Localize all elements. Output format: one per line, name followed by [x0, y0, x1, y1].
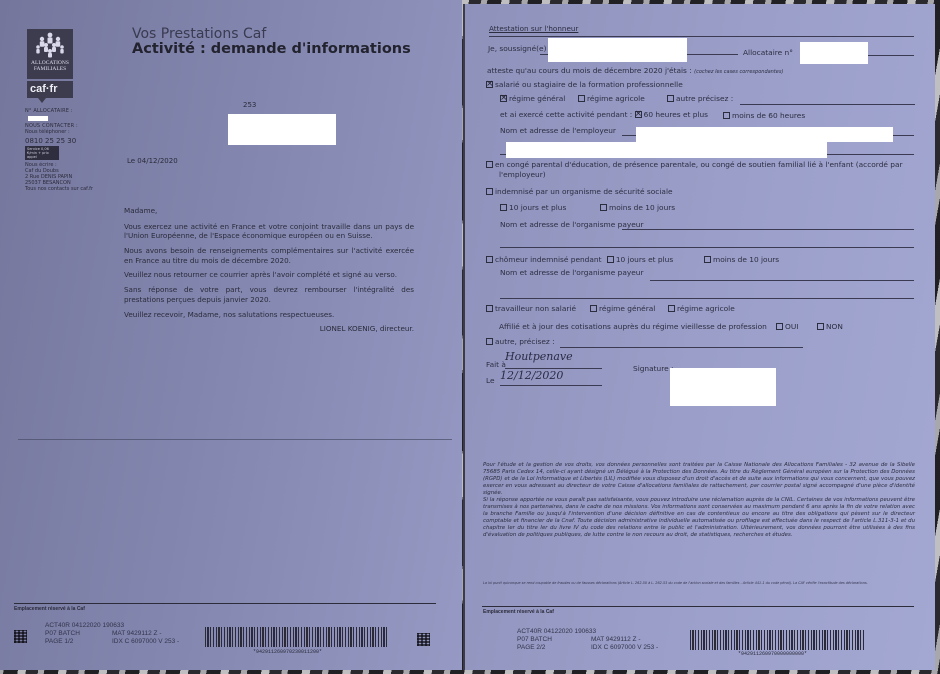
- option-salarie[interactable]: salarié ou stagiaire de la formation pro…: [486, 80, 683, 89]
- chomeur-payeur-field-1[interactable]: [650, 280, 914, 281]
- letter-date: Le 04/12/2020: [127, 157, 178, 165]
- option-chomeur[interactable]: chômeur indemnisé pendant 10 jours et pl…: [486, 255, 673, 264]
- checkbox-moins-60-heures[interactable]: [723, 112, 730, 119]
- checkbox-regime-general[interactable]: [500, 95, 507, 102]
- oui-label: OUI: [785, 322, 798, 331]
- redacted-allocataire-number: [800, 42, 868, 64]
- option-regime-general[interactable]: régime général: [500, 94, 565, 103]
- redacted-signature: [670, 368, 776, 406]
- idx-line: IDX C 6097000 V 253 -: [112, 638, 179, 646]
- checkbox-indemnise-moins-10[interactable]: [600, 204, 607, 211]
- director-signature: LIONEL KOENIG, directeur.: [124, 324, 414, 334]
- option-indemnise-moins-10[interactable]: moins de 10 jours: [600, 203, 675, 212]
- matricule-info: MAT 9429112 Z - IDX C 6097000 V 253 -: [112, 630, 179, 646]
- regime-general-label: régime général: [509, 94, 565, 103]
- option-chomeur-moins-10[interactable]: moins de 10 jours: [704, 255, 779, 264]
- 60-heures-plus-label: 60 heures et plus: [644, 110, 708, 119]
- option-ns-regime-agricole[interactable]: régime agricole: [668, 304, 735, 313]
- legal-paragraph: Si la réponse apportée ne vous paraît pa…: [483, 497, 915, 539]
- letter-paragraph: Veuillez nous retourner ce courrier aprè…: [124, 270, 414, 280]
- checkbox-chomeur-10-plus[interactable]: [607, 256, 614, 263]
- chomeur-payeur-label: Nom et adresse de l'organisme payeur: [500, 268, 644, 277]
- non-label: NON: [826, 322, 843, 331]
- conge-label-cont: l'employeur): [486, 170, 546, 179]
- contacts-line: Tous nos contacts sur caf.fr: [25, 186, 105, 192]
- moins-60-heures-label: moins de 60 heures: [732, 111, 805, 120]
- page-number: PAGE 2/2: [517, 644, 596, 652]
- caf-reserved-label: Emplacement réservé à la Caf: [14, 606, 85, 612]
- legal-paragraph: Pour l'étude et la gestion de vos droits…: [483, 462, 915, 497]
- checkbox-oui[interactable]: [776, 323, 783, 330]
- duration-row: et ai exercé cette activité pendant : 60…: [500, 110, 708, 119]
- mat-line: MAT 9429112 Z -: [112, 630, 179, 638]
- duration-text: et ai exercé cette activité pendant :: [500, 110, 632, 119]
- redacted-employer-line-1: [636, 127, 893, 142]
- fraud-warning: La loi punit quiconque se rend coupable …: [483, 581, 913, 586]
- redacted-recipient-address: [228, 114, 336, 145]
- checkbox-indemnise[interactable]: [486, 188, 493, 195]
- autre-field-line[interactable]: [560, 347, 803, 348]
- non-salarie-label: travailleur non salarié: [495, 304, 576, 313]
- signature-label: Signature :: [633, 364, 674, 373]
- checkbox-ns-regime-general[interactable]: [590, 305, 597, 312]
- fait-a-handwritten[interactable]: Houtpenave: [505, 350, 573, 363]
- letter-paragraph: Nous avons besoin de renseignements comp…: [124, 246, 414, 265]
- option-ns-regime-general[interactable]: régime général: [590, 304, 655, 313]
- barcode-number: *942911260970230011200*: [253, 649, 322, 655]
- caf-reserved-label-2: Emplacement réservé à la Caf: [483, 609, 554, 615]
- le-label: Le: [486, 376, 495, 385]
- batch-line-1: ACT40R 04122020 190633: [45, 622, 124, 630]
- autre-regime-field-line[interactable]: [740, 104, 915, 105]
- atteste-statement: atteste qu'au cours du mois de décembre …: [487, 66, 692, 75]
- checkbox-60-heures-plus[interactable]: [635, 111, 642, 118]
- phone-price-badge: Service 0,06 €/min + prix appel: [25, 146, 59, 160]
- indemnise-payeur-field-2[interactable]: [500, 247, 914, 248]
- option-non-salarie[interactable]: travailleur non salarié: [486, 304, 576, 313]
- salutation: Madame,: [124, 206, 414, 216]
- conge-label: en congé parental d'éducation, de présen…: [495, 160, 903, 169]
- batch-line-1: ACT40R 04122020 190633: [517, 628, 596, 636]
- phone-number: 0810 25 25 30: [25, 137, 105, 146]
- mat-line: MAT 9429112 Z -: [591, 636, 658, 644]
- speech-bubble-tail-icon: [38, 98, 46, 103]
- option-indemnise-10-plus[interactable]: 10 jours et plus: [500, 203, 566, 212]
- letter-paragraph: Sans réponse de votre part, vous devrez …: [124, 285, 414, 304]
- checkbox-indemnise-10-plus[interactable]: [500, 204, 507, 211]
- logo-org-line2: FAMILIALES: [27, 66, 73, 72]
- ns-regime-general-label: régime général: [599, 304, 655, 313]
- checkbox-conge-parental[interactable]: [486, 161, 493, 168]
- chomeur-label: chômeur indemnisé pendant: [495, 255, 601, 264]
- caf-fr-badge: caf·fr: [27, 81, 73, 98]
- chomeur-moins-10-label: moins de 10 jours: [713, 255, 779, 264]
- option-conge-parental[interactable]: en congé parental d'éducation, de présen…: [486, 160, 916, 179]
- checkbox-non-salarie[interactable]: [486, 305, 493, 312]
- barcode-icon: [205, 627, 388, 647]
- option-moins-60-heures[interactable]: moins de 60 heures: [723, 111, 805, 120]
- caf-area-divider-2: [482, 606, 914, 607]
- checkbox-autre-regime[interactable]: [667, 95, 674, 102]
- document-title: Activité : demande d'informations: [132, 41, 411, 57]
- phone-label: Nous téléphoner :: [25, 129, 105, 135]
- batch-line-2: P07 BATCH: [517, 636, 596, 644]
- regime-agricole-label: régime agricole: [587, 94, 645, 103]
- checkbox-ns-regime-agricole[interactable]: [668, 305, 675, 312]
- redacted-name: [548, 38, 687, 62]
- employer-label: Nom et adresse de l'employeur: [500, 126, 616, 135]
- batch-info-2: ACT40R 04122020 190633 P07 BATCH PAGE 2/…: [517, 628, 596, 652]
- option-non[interactable]: NON: [817, 322, 843, 331]
- ns-regime-agricole-label: régime agricole: [677, 304, 735, 313]
- autre-label: autre, précisez :: [495, 337, 555, 346]
- checkbox-non[interactable]: [817, 323, 824, 330]
- salarie-label: salarié ou stagiaire de la formation pro…: [495, 80, 683, 89]
- document-subtitle: Vos Prestations Caf: [132, 26, 266, 42]
- date-field-line[interactable]: [500, 385, 602, 386]
- redacted-employer-line-2: [506, 142, 827, 158]
- title-rule: [489, 36, 914, 37]
- indemnise-payeur-label: Nom et adresse de l'organisme payeur: [500, 220, 644, 229]
- checkbox-chomeur-moins-10[interactable]: [704, 256, 711, 263]
- atteste-hint: (cochez les cases correspondantes): [694, 69, 783, 75]
- option-autre-regime[interactable]: autre précisez :: [667, 94, 733, 103]
- indemnise-10-plus-label: 10 jours et plus: [509, 203, 566, 212]
- autre-regime-label: autre précisez :: [676, 94, 733, 103]
- atteste-text: atteste qu'au cours du mois de décembre …: [487, 66, 783, 75]
- date-handwritten[interactable]: 12/12/2020: [500, 369, 563, 382]
- letter-body: Madame, Vous exercez une activité en Fra…: [124, 206, 414, 339]
- idx-line: IDX C 6097000 V 253 -: [591, 644, 658, 652]
- caf-area-divider: [14, 603, 436, 604]
- redacted-allocataire: [28, 116, 48, 121]
- option-indemnise[interactable]: indemnisé par un organisme de sécurité s…: [486, 187, 673, 196]
- letter-paragraph: Veuillez recevoir, Madame, nos salutatio…: [124, 310, 414, 320]
- caf-logo: ALLOCATIONS FAMILIALES: [27, 29, 73, 79]
- legal-notice: Pour l'étude et la gestion de vos droits…: [483, 462, 915, 538]
- allocataire-label: Allocataire n°: [743, 48, 793, 57]
- chomeur-10-plus-label: 10 jours et plus: [616, 255, 673, 264]
- indemnise-payeur-field-1[interactable]: [622, 229, 914, 230]
- recipient-reference: 253: [243, 101, 256, 109]
- checkbox-autre[interactable]: [486, 338, 493, 345]
- fait-a-label: Fait à: [486, 360, 506, 369]
- qr-code-icon: [417, 633, 430, 646]
- page-1-letter: ALLOCATIONS FAMILIALES caf·fr N° ALLOCAT…: [0, 0, 462, 670]
- letter-paragraph: Vous exercez une activité en France et v…: [124, 222, 414, 241]
- caf-family-icon: [33, 32, 67, 58]
- indemnise-label: indemnisé par un organisme de sécurité s…: [495, 187, 673, 196]
- checkbox-chomeur[interactable]: [486, 256, 493, 263]
- option-regime-agricole[interactable]: régime agricole: [578, 94, 645, 103]
- soussigne-label: Je, soussigné(e): [488, 44, 546, 53]
- checkbox-regime-agricole[interactable]: [578, 95, 585, 102]
- affilie-text: Affilié et à jour des cotisations auprès…: [499, 322, 767, 331]
- fold-guide-line: [18, 439, 452, 440]
- barcode-icon: [690, 630, 866, 650]
- indemnise-moins-10-label: moins de 10 jours: [609, 203, 675, 212]
- attestation-title: Attestation sur l'honneur: [489, 24, 578, 33]
- option-oui[interactable]: OUI: [776, 322, 798, 331]
- checkbox-salarie[interactable]: [486, 81, 493, 88]
- matricule-info-2: MAT 9429112 Z - IDX C 6097000 V 253 -: [591, 636, 658, 652]
- option-autre[interactable]: autre, précisez :: [486, 337, 555, 346]
- datamatrix-code-icon: [14, 630, 27, 643]
- chomeur-payeur-field-2[interactable]: [500, 298, 914, 299]
- barcode-number-2: *942911260970000000000*: [738, 651, 807, 657]
